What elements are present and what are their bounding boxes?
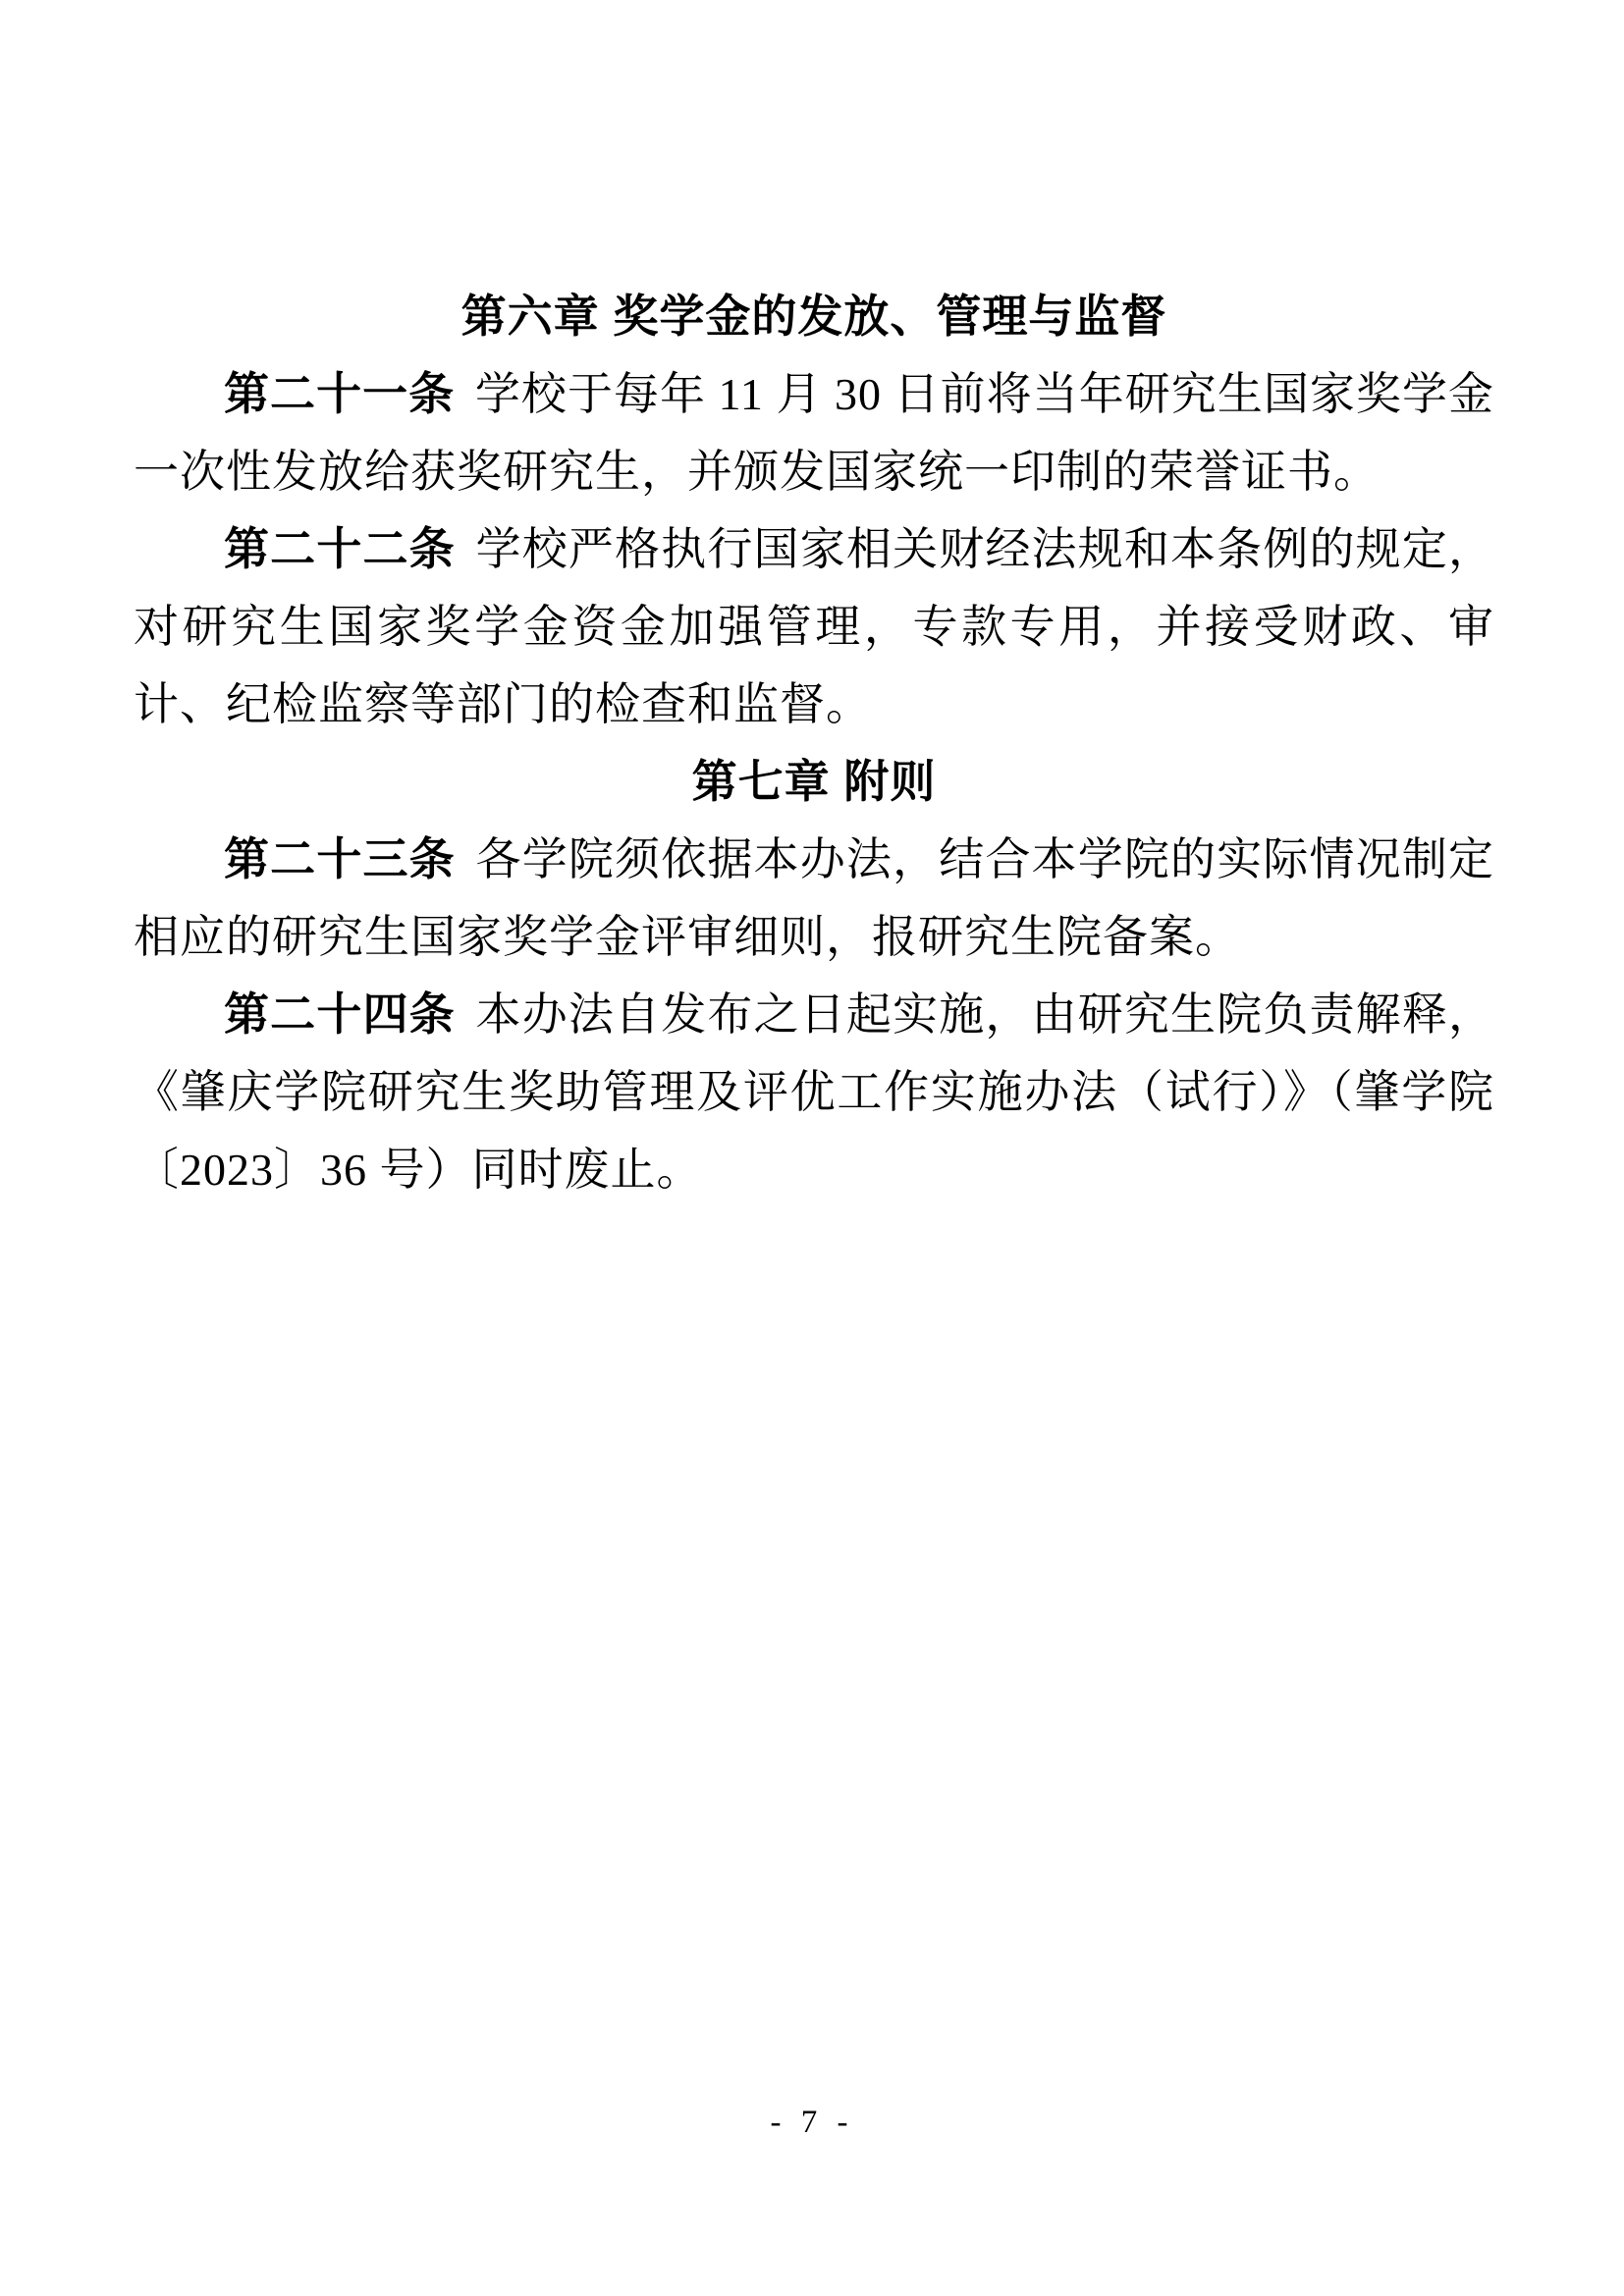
document-body: 第六章 奖学金的发放、管理与监督 第二十一条学校于每年 11 月 30 日前将当… <box>134 278 1494 1208</box>
article-23-label: 第二十三条 <box>224 833 456 884</box>
article-24-paragraph: 第二十四条本办法自发布之日起实施，由研究生院负责解释，《肇庆学院研究生奖助管理及… <box>134 976 1494 1208</box>
article-21-paragraph: 第二十一条学校于每年 11 月 30 日前将当年研究生国家奖学金一次性发放给获奖… <box>134 355 1494 510</box>
article-22-label: 第二十二条 <box>224 523 456 574</box>
article-24-label: 第二十四条 <box>224 988 456 1040</box>
page-number: - 7 - <box>771 2105 854 2140</box>
article-23-paragraph: 第二十三条各学院须依据本办法，结合本学院的实际情况制定相应的研究生国家奖学金评审… <box>134 821 1494 976</box>
chapter-7-heading: 第七章 附则 <box>134 743 1494 821</box>
article-22-paragraph: 第二十二条学校严格执行国家相关财经法规和本条例的规定，对研究生国家奖学金资金加强… <box>134 510 1494 743</box>
chapter-6-heading: 第六章 奖学金的发放、管理与监督 <box>134 278 1494 355</box>
page-footer: - 7 - <box>0 2103 1624 2142</box>
document-page: 第六章 奖学金的发放、管理与监督 第二十一条学校于每年 11 月 30 日前将当… <box>0 0 1624 2296</box>
article-21-label: 第二十一条 <box>224 368 455 419</box>
